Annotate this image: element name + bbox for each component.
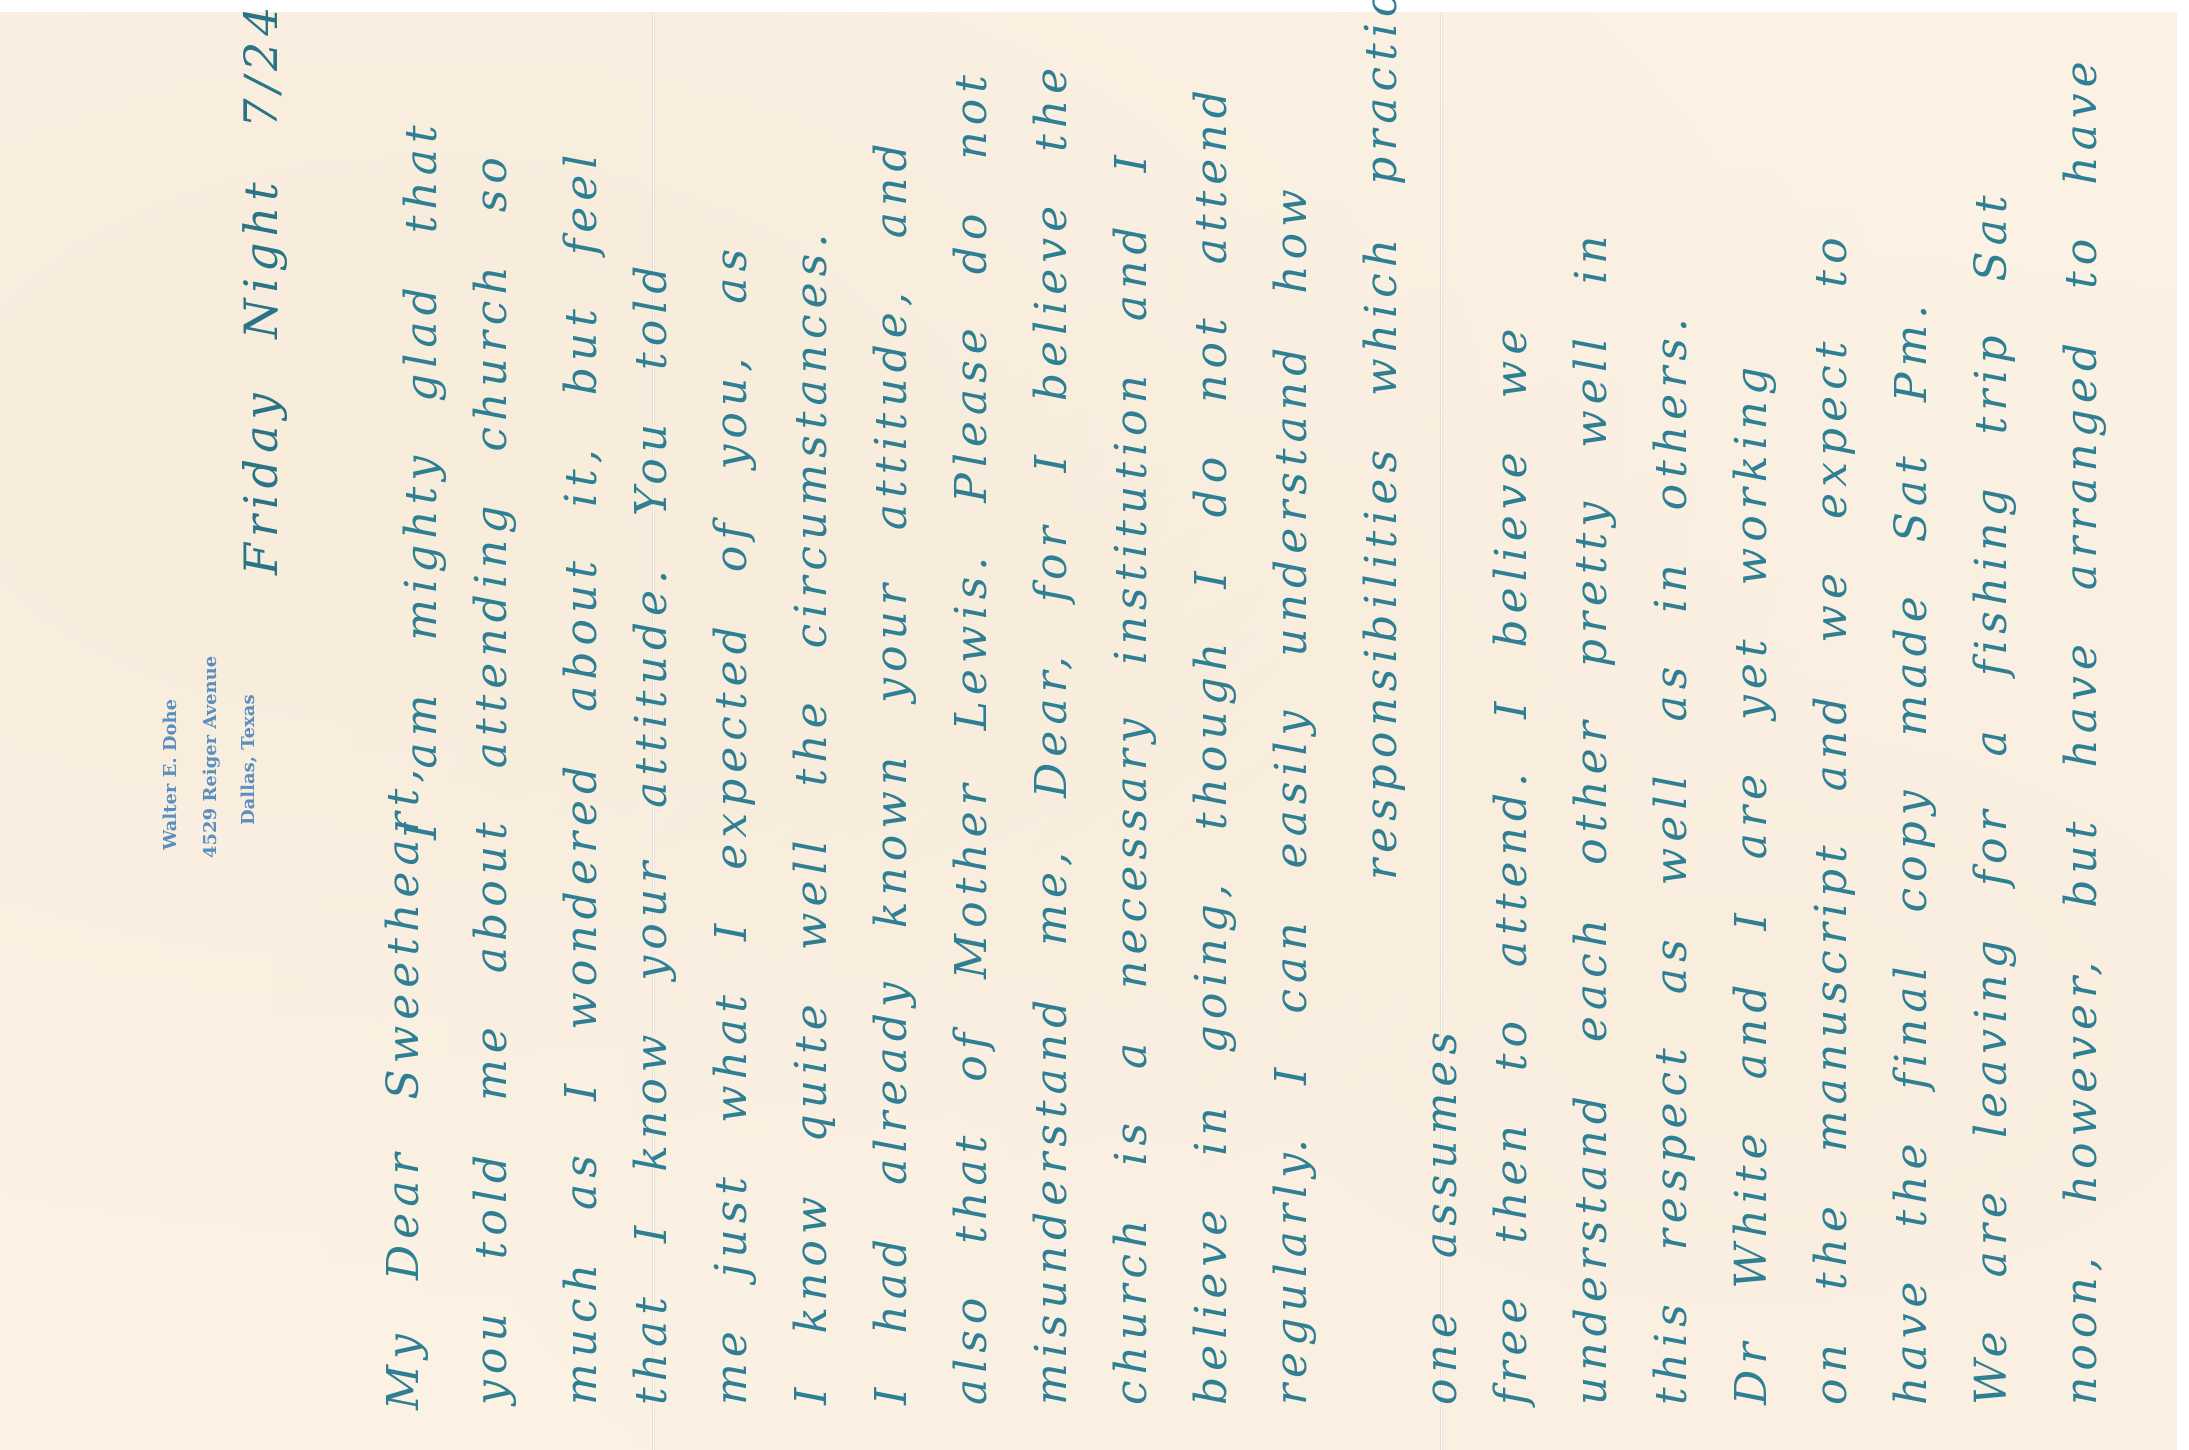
letter-line: also that of Mother Lewis. Please do not <box>950 69 994 1405</box>
letter-line: responsibilities which practically <box>1360 0 1404 880</box>
letter-line: Dr White and I are yet working <box>1730 361 1774 1405</box>
letter-line: that I know your attitude. You told <box>630 260 674 1405</box>
letter-line: me just what I expected of you, as <box>710 243 754 1405</box>
letterhead: Walter E. Dohe 4529 Reiger Avenue Dallas… <box>150 600 280 860</box>
letter-line: regularly. I can easily understand how <box>1270 183 1314 1405</box>
letterhead-name: Walter E. Dohe <box>160 699 181 850</box>
letter-line: I am mighty glad that <box>400 119 444 840</box>
letter-line: I know quite well the circumstances. <box>790 228 834 1405</box>
letter-date: Friday Night 7/24. <box>238 0 284 575</box>
letter-line: you told me about attending church so <box>470 151 514 1405</box>
letter-line: understand each other pretty well in <box>1570 230 1614 1405</box>
letter-line: noon, however, but have arranged to have <box>2060 55 2104 1405</box>
letter-line: I had already known your attitude, and <box>870 138 914 1406</box>
letterhead-city: Dallas, Texas <box>238 694 259 825</box>
letter-line: We are leaving for a fishing trip Sat <box>1970 189 2014 1405</box>
letter-line: believe in going, though I do not attend <box>1190 84 1234 1405</box>
letter-line: church is a necessary institution and I <box>1110 149 1154 1405</box>
letterhead-address: 4529 Reiger Avenue <box>200 656 221 858</box>
letter-line: much as I wondered about it, but feel <box>560 149 604 1405</box>
letter-line: free then to attend. I believe we <box>1490 323 1534 1405</box>
letter-line: misunderstand me, Dear, for I believe th… <box>1030 62 1074 1405</box>
letter-line: one assumes <box>1420 1026 1464 1405</box>
letter-line: on the manuscript and we expect to <box>1810 231 1854 1405</box>
letter-line: this respect as well as in others. <box>1650 312 1694 1405</box>
salutation: My Dear Sweetheart, <box>382 763 426 1410</box>
letter-line: have the final copy made Sat Pm. <box>1890 299 1934 1405</box>
